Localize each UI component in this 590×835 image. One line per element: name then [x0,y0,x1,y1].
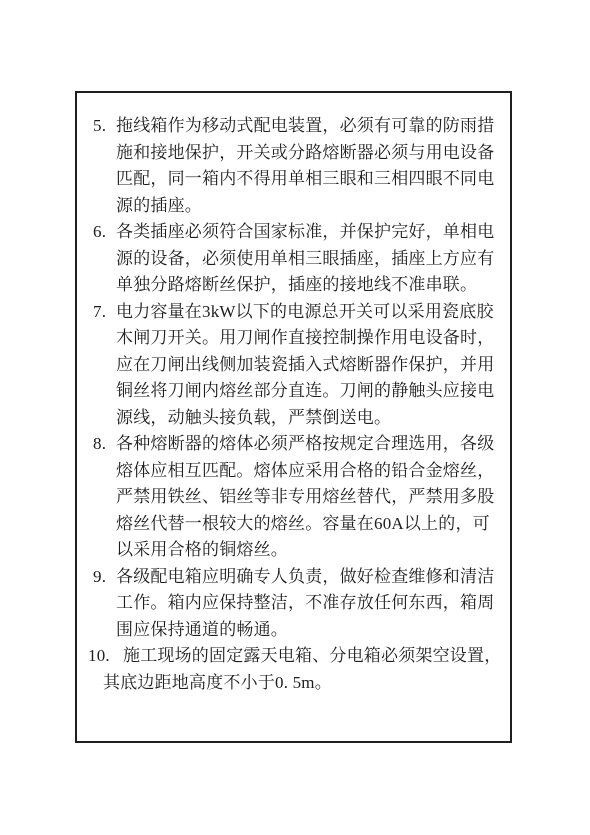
list-item-7: 7.电力容量在3kW以下的电源总开关可以采用瓷底胶 木闸刀开关。用刀闸作直接控制… [93,299,496,432]
item-line: 6.各类插座必须符合国家标准，并保护完好，单相电 [93,219,496,246]
item-line: 源的插座。 [93,193,496,220]
item-line: 严禁用铁丝、铝丝等非专用熔丝替代，严禁用多股 [93,484,496,511]
list-item-6: 6.各类插座必须符合国家标准，并保护完好，单相电 源的设备，必须使用单相三眼插座… [93,219,496,299]
list-item-10: 10.施工现场的固定露天电箱、分电箱必须架空设置， 其底边距地高度不小于0. 5… [93,643,496,696]
item-line: 铜丝将刀闸内熔丝部分直连。刀闸的静触头应接电 [93,378,496,405]
item-number: 8. [93,431,116,458]
item-number: 6. [93,219,116,246]
item-line: 单独分路熔断丝保护，插座的接地线不准串联。 [93,272,496,299]
item-line-text: 源的设备，必须使用单相三眼插座，插座上方应有 [116,249,494,268]
item-line-text: 围应保持通道的畅通。 [116,620,288,639]
item-line-text: 木闸刀开关。用刀闸作直接控制操作用电设备时， [116,328,494,347]
item-line: 围应保持通道的畅通。 [93,617,496,644]
item-line: 其底边距地高度不小于0. 5m。 [93,670,496,697]
item-line: 熔丝代替一根较大的熔丝。容量在60A以上的，可 [93,511,496,538]
item-line-text: 拖线箱作为移动式配电装置，必须有可靠的防雨措 [116,116,494,135]
list-item-5: 5.拖线箱作为移动式配电装置，必须有可靠的防雨措 施和接地保护，开关或分路熔断器… [93,113,496,219]
item-line: 7.电力容量在3kW以下的电源总开关可以采用瓷底胶 [93,299,496,326]
item-line: 匹配，同一箱内不得用单相三眼和三相四眼不同电 [93,166,496,193]
scanned-document-page: { "page": { "background": "#ffffff", "bo… [0,0,590,835]
item-line-text: 单独分路熔断丝保护，插座的接地线不准串联。 [116,275,477,294]
item-line-text: 电力容量在3kW以下的电源总开关可以采用瓷底胶 [116,302,494,321]
item-line-text: 施和接地保护，开关或分路熔断器必须与用电设备 [116,143,494,162]
item-number: 9. [93,564,116,591]
document-border-cell: 5.拖线箱作为移动式配电装置，必须有可靠的防雨措 施和接地保护，开关或分路熔断器… [75,91,512,743]
item-line: 源线，动触头接负载，严禁倒送电。 [93,405,496,432]
item-line: 施和接地保护，开关或分路熔断器必须与用电设备 [93,140,496,167]
item-line-text: 严禁用铁丝、铝丝等非专用熔丝替代，严禁用多股 [116,487,494,506]
item-line-text: 工作。箱内应保持整洁，不准存放任何东西，箱周 [116,593,494,612]
item-line: 应在刀闸出线侧加装瓷插入式熔断器作保护，并用 [93,352,496,379]
item-line-text: 熔体应相互匹配。熔体应采用合格的铅合金熔丝， [116,461,494,480]
item-line: 8.各种熔断器的熔体必须严格按规定合理选用，各级 [93,431,496,458]
list-item-9: 9.各级配电箱应明确专人负责，做好检查维修和清洁 工作。箱内应保持整洁，不准存放… [93,564,496,644]
item-line-text: 源的插座。 [116,196,202,215]
item-line-text: 各类插座必须符合国家标准，并保护完好，单相电 [116,222,494,241]
item-number: 5. [93,113,116,140]
item-line-text: 各级配电箱应明确专人负责，做好检查维修和清洁 [116,567,494,586]
item-number: 7. [93,299,116,326]
item-line: 5.拖线箱作为移动式配电装置，必须有可靠的防雨措 [93,113,496,140]
item-line-text: 匹配，同一箱内不得用单相三眼和三相四眼不同电 [116,169,494,188]
item-line-text: 应在刀闸出线侧加装瓷插入式熔断器作保护，并用 [116,355,494,374]
item-line-text: 源线，动触头接负载，严禁倒送电。 [116,408,391,427]
item-line: 9.各级配电箱应明确专人负责，做好检查维修和清洁 [93,564,496,591]
item-line: 工作。箱内应保持整洁，不准存放任何东西，箱周 [93,590,496,617]
item-line: 熔体应相互匹配。熔体应采用合格的铅合金熔丝， [93,458,496,485]
item-line: 10.施工现场的固定露天电箱、分电箱必须架空设置， [93,643,496,670]
item-number: 10. [88,643,123,670]
item-line-text: 铜丝将刀闸内熔丝部分直连。刀闸的静触头应接电 [116,381,494,400]
item-line-text: 施工现场的固定露天电箱、分电箱必须架空设置， [123,646,501,665]
item-line-text: 以采用合格的铜熔丝。 [116,540,288,559]
item-line-text: 熔丝代替一根较大的熔丝。容量在60A以上的，可 [116,514,490,533]
item-line: 木闸刀开关。用刀闸作直接控制操作用电设备时， [93,325,496,352]
item-line-text: 其底边距地高度不小于0. 5m。 [103,673,332,692]
item-line: 以采用合格的铜熔丝。 [93,537,496,564]
item-line: 源的设备，必须使用单相三眼插座，插座上方应有 [93,246,496,273]
list-item-8: 8.各种熔断器的熔体必须严格按规定合理选用，各级 熔体应相互匹配。熔体应采用合格… [93,431,496,564]
item-line-text: 各种熔断器的熔体必须严格按规定合理选用，各级 [116,434,494,453]
